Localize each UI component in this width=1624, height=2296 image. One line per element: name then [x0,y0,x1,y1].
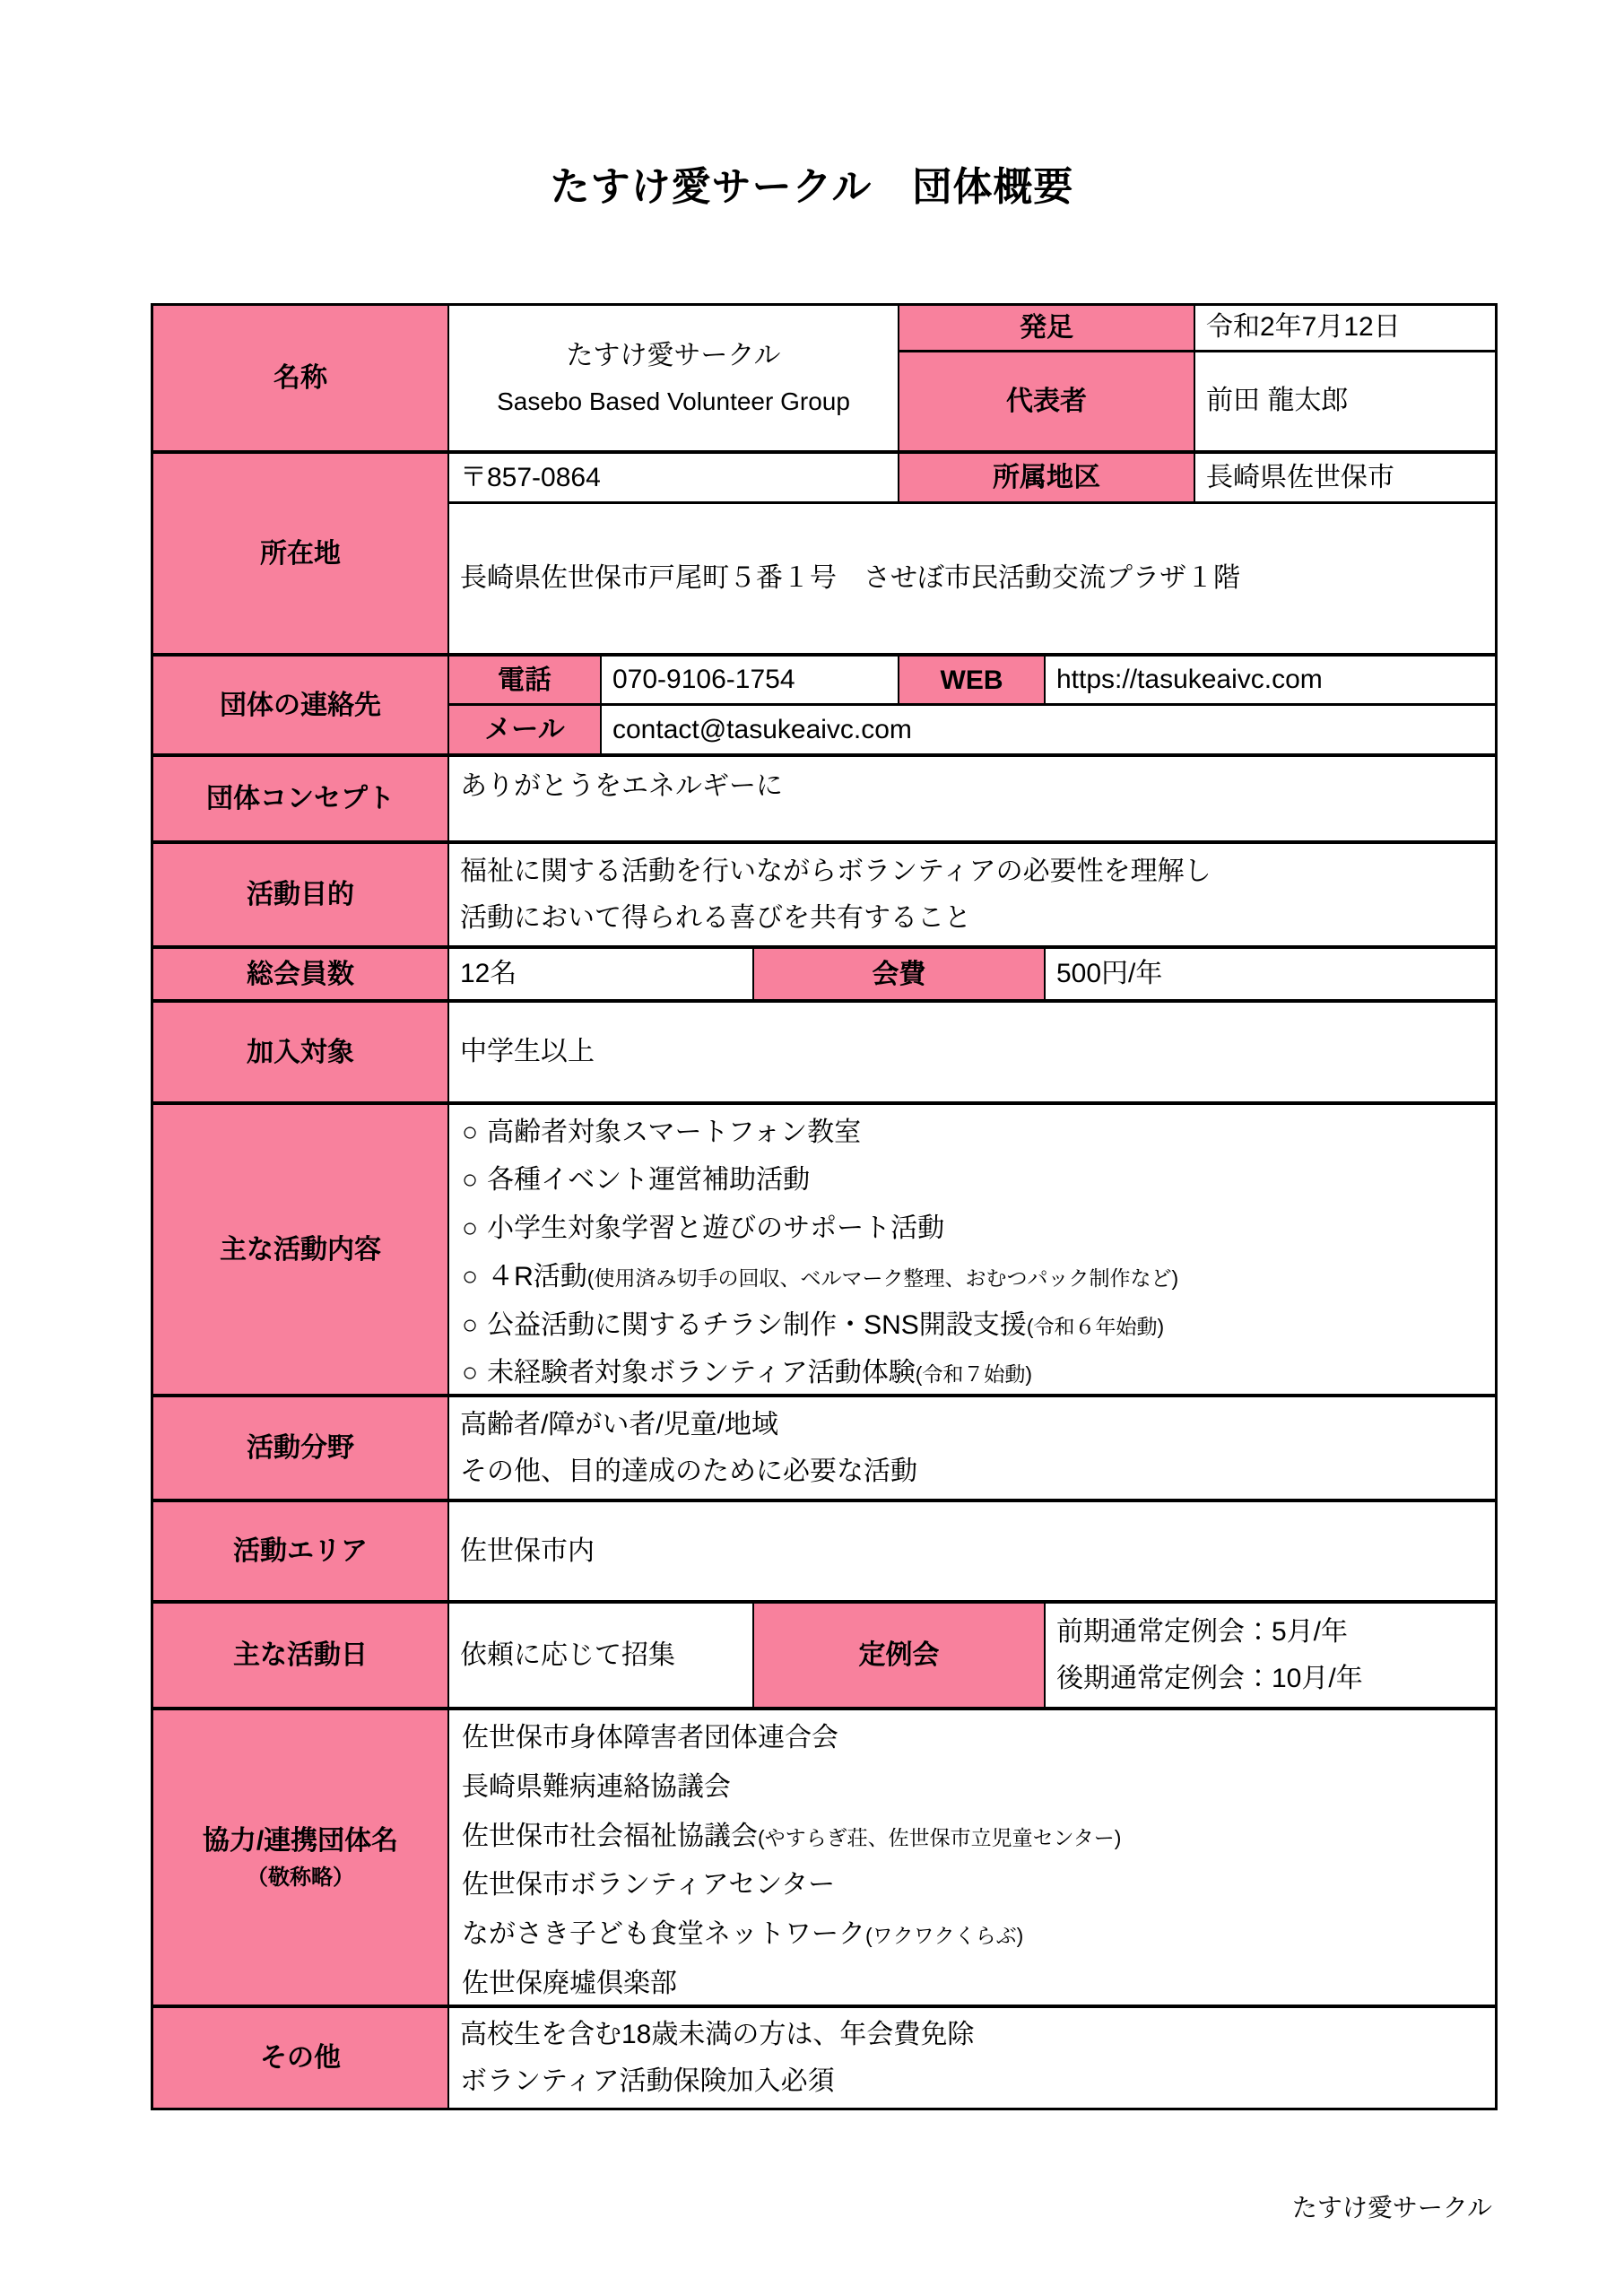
circle-bullet-icon: ○ [462,1165,478,1196]
phone-value: 070-9106-1754 [602,657,899,703]
mail-value: contact@tasukeaivc.com [602,706,1495,753]
district-label: 所属地区 [899,454,1195,501]
other-value: 高校生を含む18歳未満の方は、年会費免除 ボランティア活動保険加入必須 [449,2008,1495,2108]
partner-item: 長崎県難病連絡協議会 [462,1760,1495,1809]
activity-item: ○公益活動に関するチラシ制作・SNS開設支援(令和６年始動) [462,1298,1495,1346]
activity-item: ○未経験者対象ボランティア活動体験(令和７始動) [462,1345,1495,1394]
row-fields: 活動分野 高齢者/障がい者/児童/地域 その他、目的達成のために必要な活動 [153,1397,1495,1502]
activity-item: ○各種イベント運営補助活動 [462,1153,1495,1202]
purpose-line2: 活動において得られる喜びを共有すること [460,895,971,942]
founded-value: 令和2年7月12日 [1195,306,1495,350]
circle-bullet-icon: ○ [462,1118,478,1148]
area-value: 佐世保市内 [449,1502,1495,1600]
purpose-line1: 福祉に関する活動を行いながらボランティアの必要性を理解し [460,848,1211,895]
representative-value: 前田 龍太郎 [1195,352,1495,450]
fields-line2: その他、目的達成のために必要な活動 [460,1448,917,1495]
founded-label: 発足 [899,306,1195,350]
other-label: その他 [153,2008,449,2108]
concept-label: 団体コンセプト [153,757,449,840]
name-label: 名称 [153,306,449,450]
regular-meeting-value: 前期通常定例会：5月/年 後期通常定例会：10月/年 [1046,1604,1495,1707]
activity-item: ○小学生対象学習と遊びのサポート活動 [462,1201,1495,1249]
page-title: たすけ愛サークル 団体概要 [0,154,1624,212]
circle-bullet-icon: ○ [462,1310,478,1341]
row-eligibility: 加入対象 中学生以上 [153,1003,1495,1105]
activity-item: ○４R活動(使用済み切手の回収、ベルマーク整理、おむつパック制作など) [462,1249,1495,1298]
row-concept: 団体コンセプト ありがとうをエネルギーに [153,757,1495,844]
contact-label: 団体の連絡先 [153,657,449,753]
partner-item: 佐世保廃墟倶楽部 [462,1955,1495,2005]
other-line1: 高校生を含む18歳未満の方は、年会費免除 [460,2012,974,2058]
overview-table: 名称 たすけ愛サークル Sasebo Based Volunteer Group… [151,303,1498,2110]
web-value: https://tasukeaivc.com [1046,657,1495,703]
partner-item: ながさき子ども食堂ネットワーク(ワクワクくらぶ) [462,1907,1495,1956]
name-row-right-stack: 発足 令和2年7月12日 代表者 前田 龍太郎 [899,306,1495,450]
fields-label: 活動分野 [153,1397,449,1499]
partner-item: 佐世保市ボランティアセンター [462,1857,1495,1907]
location-label: 所在地 [153,454,449,653]
partners-list: 佐世保市身体障害者団体連合会 長崎県難病連絡協議会 佐世保市社会福祉協議会(やす… [449,1710,1495,2005]
mail-label: メール [449,706,602,753]
activities-label: 主な活動内容 [153,1105,449,1394]
circle-bullet-icon: ○ [462,1213,478,1244]
eligibility-label: 加入対象 [153,1003,449,1101]
activity-item: ○高齢者対象スマートフォン教室 [462,1105,1495,1153]
contact-right-stack: 電話 070-9106-1754 WEB https://tasukeaivc.… [449,657,1495,753]
partners-label: 協力/連携団体名 （敬称略） [153,1710,449,2005]
row-members-fee: 総会員数 12名 会費 500円/年 [153,949,1495,1003]
name-english: Sasebo Based Volunteer Group [497,384,850,419]
members-label: 総会員数 [153,949,449,999]
district-value: 長崎県佐世保市 [1195,454,1495,501]
regular-meeting-line2: 後期通常定例会：10月/年 [1056,1656,1363,1702]
circle-bullet-icon: ○ [462,1358,478,1388]
purpose-label: 活動目的 [153,844,449,945]
row-activity-days: 主な活動日 依頼に応じて招集 定例会 前期通常定例会：5月/年 後期通常定例会：… [153,1604,1495,1710]
circle-bullet-icon: ○ [462,1262,478,1292]
phone-label: 電話 [449,657,602,703]
document-page: { "page": { "title": "たすけ愛サークル 団体概要", "f… [0,0,1624,2296]
area-label: 活動エリア [153,1502,449,1600]
row-contact: 団体の連絡先 電話 070-9106-1754 WEB https://tasu… [153,657,1495,757]
activity-days-label: 主な活動日 [153,1604,449,1707]
footer-group-name: たすけ愛サークル [151,2188,1492,2224]
row-area: 活動エリア 佐世保市内 [153,1502,1495,1604]
fields-value: 高齢者/障がい者/児童/地域 その他、目的達成のために必要な活動 [449,1397,1495,1499]
name-japanese: たすけ愛サークル [566,337,780,375]
members-value: 12名 [449,949,754,999]
address-value: 長崎県佐世保市戸尾町５番１号 させぼ市民活動交流プラザ１階 [449,504,1495,653]
row-purpose: 活動目的 福祉に関する活動を行いながらボランティアの必要性を理解し 活動において… [153,844,1495,949]
activity-days-value: 依頼に応じて招集 [449,1604,754,1707]
name-value: たすけ愛サークル Sasebo Based Volunteer Group [449,306,899,450]
fields-line1: 高齢者/障がい者/児童/地域 [460,1402,778,1448]
regular-meeting-label: 定例会 [754,1604,1046,1707]
row-other: その他 高校生を含む18歳未満の方は、年会費免除 ボランティア活動保険加入必須 [153,2008,1495,2108]
row-partners: 協力/連携団体名 （敬称略） 佐世保市身体障害者団体連合会 長崎県難病連絡協議会… [153,1710,1495,2008]
concept-value: ありがとうをエネルギーに [449,757,1495,840]
web-label: WEB [899,657,1046,703]
row-location: 所在地 〒857-0864 所属地区 長崎県佐世保市 長崎県佐世保市戸尾町５番１… [153,454,1495,657]
eligibility-value: 中学生以上 [449,1003,1495,1101]
other-line2: ボランティア活動保険加入必須 [460,2058,835,2105]
row-name: 名称 たすけ愛サークル Sasebo Based Volunteer Group… [153,306,1495,454]
partners-label-note: （敬称略） [247,1864,354,1892]
purpose-value: 福祉に関する活動を行いながらボランティアの必要性を理解し 活動において得られる喜… [449,844,1495,945]
regular-meeting-line1: 前期通常定例会：5月/年 [1056,1609,1348,1656]
location-right-stack: 〒857-0864 所属地区 長崎県佐世保市 長崎県佐世保市戸尾町５番１号 させ… [449,454,1495,653]
postal-code-value: 〒857-0864 [449,454,899,501]
partner-item: 佐世保市身体障害者団体連合会 [462,1710,1495,1760]
fee-label: 会費 [754,949,1046,999]
fee-value: 500円/年 [1046,949,1495,999]
representative-label: 代表者 [899,352,1195,450]
activities-list: ○高齢者対象スマートフォン教室 ○各種イベント運営補助活動 ○小学生対象学習と遊… [449,1105,1495,1394]
row-activities: 主な活動内容 ○高齢者対象スマートフォン教室 ○各種イベント運営補助活動 ○小学… [153,1105,1495,1397]
partner-item: 佐世保市社会福祉協議会(やすらぎ荘、佐世保市立児童センター) [462,1808,1495,1857]
